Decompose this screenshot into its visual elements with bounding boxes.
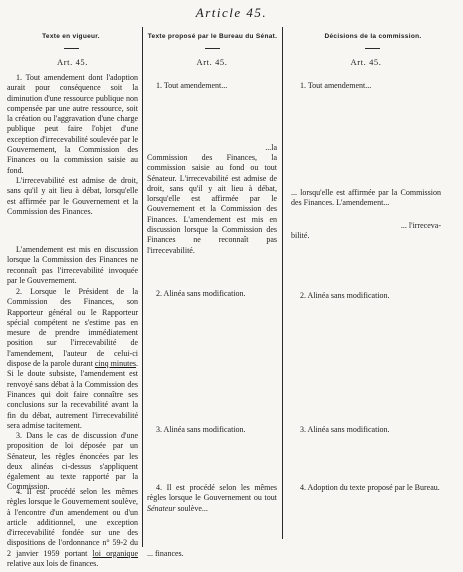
col2-paragraph-3: 2. Alinéa sans modification. <box>147 289 277 299</box>
col3-paragraph-6: 4. Adoption du texte proposé par le Bure… <box>291 483 441 493</box>
document-page: Article 45. Texte en vigueur. Texte prop… <box>0 0 463 572</box>
col2-paragraph-2: Commission des Finances, la commission s… <box>147 153 277 256</box>
col1-paragraph-3: L'amendement est mis en discussion lorsq… <box>7 245 138 286</box>
col1-paragraph-4-underlined: cinq minutes <box>95 359 136 368</box>
col1-paragraph-6: 4. Il est procédé selon les mêmes règles… <box>7 487 138 569</box>
col3-paragraph-1: 1. Tout amendement... <box>291 81 441 91</box>
col2-continuation-lead: ...la <box>147 143 277 153</box>
column-header-texte-propose: Texte proposé par le Bureau du Sénat. <box>143 33 282 40</box>
col1-paragraph-2: L'irrecevabilité est admise de droit, sa… <box>7 176 138 217</box>
col1-paragraph-1-block: 1. Tout amendement dont l'adoption aurai… <box>7 73 138 217</box>
col2-ellipsis-finances: ... finances. <box>147 549 277 559</box>
col1-paragraph-1: 1. Tout amendement dont l'adoption aurai… <box>7 73 138 176</box>
col2-paragraph-5-text-end: soulève... <box>175 504 207 513</box>
col3-paragraph-2: ... lorsqu'elle est affirmée par la Comm… <box>291 188 441 209</box>
col3-continuation-line-1: ... l'irreceva- <box>291 221 441 231</box>
col2-paragraph-1: 1. Tout amendement... <box>147 81 277 91</box>
header-underline-3 <box>365 48 380 49</box>
col2-paragraph-5: 4. Il est procédé selon les mêmes règles… <box>147 483 277 514</box>
header-underline-1 <box>64 48 79 49</box>
col1-paragraph-4-text: 2. Lorsque le Président de la Commission… <box>7 287 138 368</box>
col3-article-heading: Art. 45. <box>291 57 441 67</box>
col1-article-heading: Art. 45. <box>7 57 138 67</box>
col3-continuation-line-2: bilité. <box>291 231 441 241</box>
col1-paragraph-4: 2. Lorsque le Président de la Commission… <box>7 287 138 431</box>
column-header-decisions: Décisions de la commission. <box>283 33 463 40</box>
col3-paragraph-4: 2. Alinéa sans modification. <box>291 291 441 301</box>
col2-article-heading: Art. 45. <box>147 57 277 67</box>
col2-paragraph-5-italic: Sénateur <box>147 504 175 513</box>
col2-paragraph-4: 3. Alinéa sans modification. <box>147 425 277 435</box>
column-divider-right <box>282 27 283 539</box>
column-divider-left <box>142 27 143 547</box>
col3-continuation-block: ... l'irreceva- bilité. <box>291 221 441 242</box>
col3-paragraph-5: 3. Alinéa sans modification. <box>291 425 441 435</box>
col1-paragraph-6-underlined: loi organique <box>93 549 138 558</box>
col1-paragraph-5: 3. Dans le cas de discussion d'une propo… <box>7 431 138 493</box>
header-underline-2 <box>205 48 220 49</box>
col2-paragraph-5-text: 4. Il est procédé selon les mêmes règles… <box>147 483 277 502</box>
col1-paragraph-4-text-end: . Si le doute subsiste, l'amendement est… <box>7 359 138 430</box>
column-header-texte-en-vigueur: Texte en vigueur. <box>0 33 142 40</box>
col1-paragraph-6-text: 4. Il est procédé selon les mêmes règles… <box>7 487 138 558</box>
col1-paragraph-6-text-end: relative aux lois de finances. <box>7 559 98 568</box>
article-title: Article 45. <box>0 5 463 21</box>
